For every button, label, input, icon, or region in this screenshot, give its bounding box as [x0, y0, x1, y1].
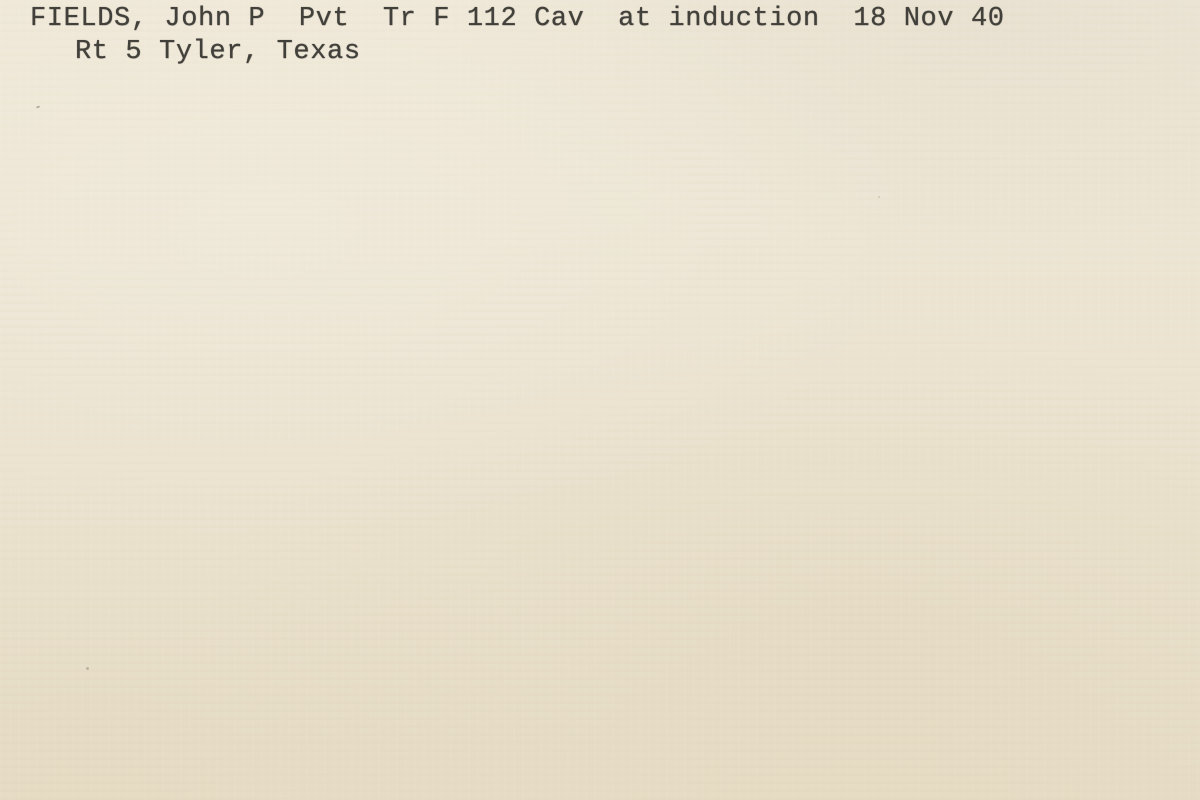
paper-speck	[86, 667, 89, 670]
paper-speck	[36, 105, 40, 108]
typed-line-service-record: FIELDS, John P Pvt Tr F 112 Cav at induc…	[30, 3, 1180, 36]
paper-speck	[878, 196, 880, 198]
index-card: FIELDS, John P Pvt Tr F 112 Cav at induc…	[0, 0, 1200, 800]
typed-line-address: Rt 5 Tyler, Texas	[30, 36, 1180, 69]
typed-text-block: FIELDS, John P Pvt Tr F 112 Cav at induc…	[30, 3, 1180, 69]
